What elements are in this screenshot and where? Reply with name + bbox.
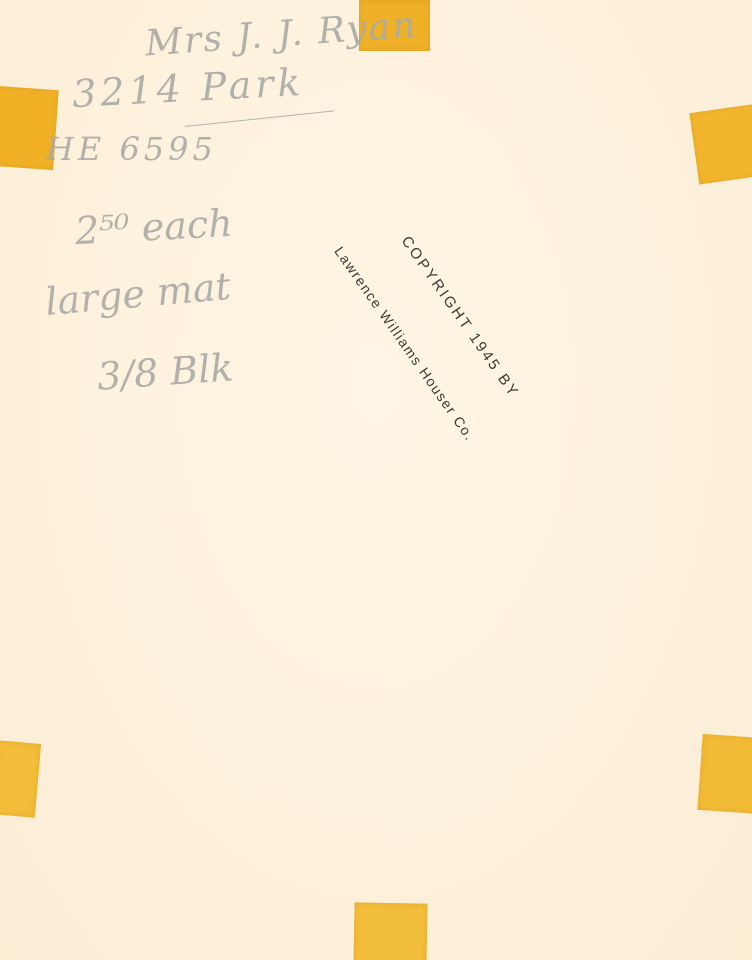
stamp-company-line: Lawrence Williams Houser Co.: [330, 242, 480, 445]
note-mat: large mat: [43, 264, 232, 324]
photo-back-paper: Mrs J. J. Ryan 3214 Park HE 6595 2⁵⁰ eac…: [0, 0, 752, 960]
stamp-copyright-line: COPYRIGHT 1945 BY: [379, 208, 529, 411]
tape-right: [689, 103, 752, 184]
note-underline: [185, 110, 334, 127]
tape-bottom-right: [697, 734, 752, 814]
tape-bottom: [353, 902, 427, 960]
note-size: 3/8 Blk: [96, 345, 235, 398]
note-address: 3214 Park: [71, 60, 305, 116]
note-client-name: Mrs J. J. Ryan: [144, 5, 419, 65]
note-price: 2⁵⁰ each: [74, 201, 234, 253]
copyright-stamp: COPYRIGHT 1945 BY Lawrence Williams Hous…: [297, 185, 562, 468]
tape-bottom-left: [0, 740, 41, 818]
note-phone: HE 6595: [46, 130, 217, 168]
